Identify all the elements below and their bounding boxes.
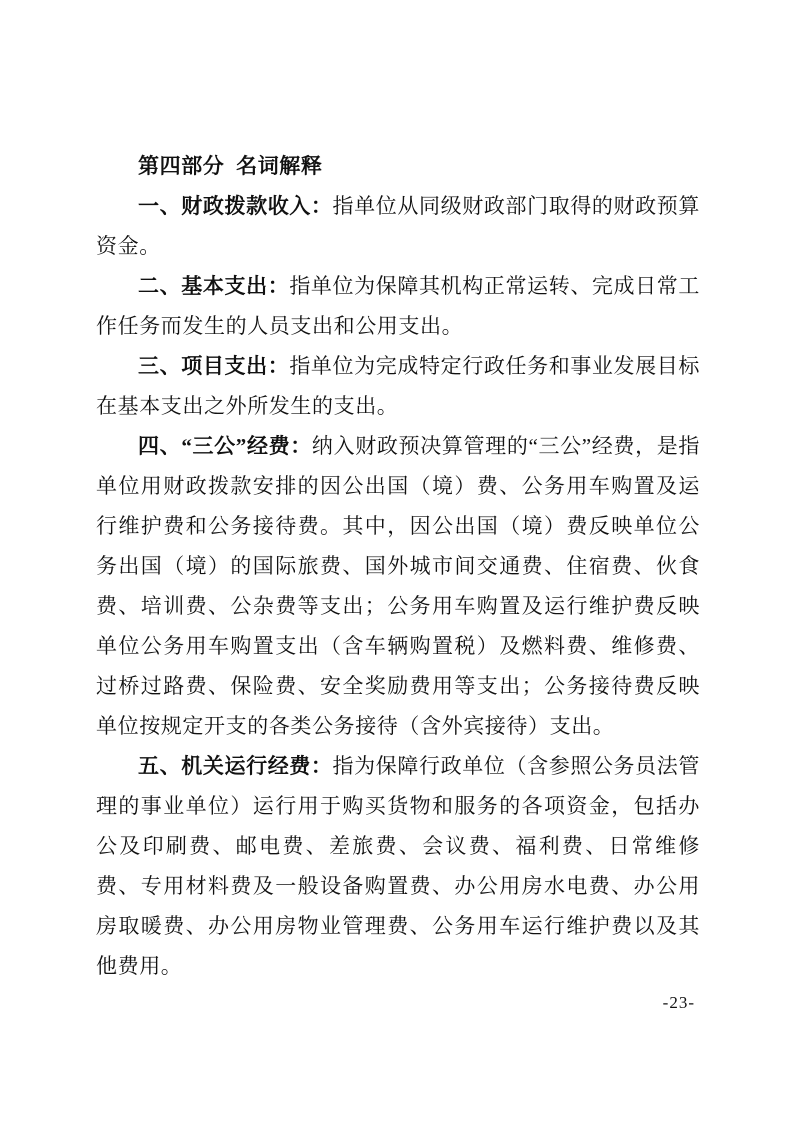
definition-paragraph-3: 三、项目支出：指单位为完成特定行政任务和事业发展目标在基本支出之外所发生的支出。 xyxy=(96,346,700,426)
section-title: 第四部分 名词解释 xyxy=(96,146,700,186)
term-label: 二、基本支出： xyxy=(138,274,289,298)
definition-paragraph-5: 五、机关运行经费：指为保障行政单位（含参照公务员法管理的事业单位）运行用于购买货… xyxy=(96,746,700,986)
term-label: 五、机关运行经费： xyxy=(138,754,333,778)
definition-paragraph-4: 四、“三公”经费：纳入财政预决算管理的“三公”经费，是指单位用财政拨款安排的因公… xyxy=(96,426,700,746)
definition-paragraph-1: 一、财政拨款收入：指单位从同级财政部门取得的财政预算资金。 xyxy=(96,186,700,266)
term-label: 四、“三公”经费： xyxy=(138,434,312,458)
definition-paragraph-2: 二、基本支出：指单位为保障其机构正常运转、完成日常工作任务而发生的人员支出和公用… xyxy=(96,266,700,346)
document-content: 第四部分 名词解释 一、财政拨款收入：指单位从同级财政部门取得的财政预算资金。 … xyxy=(96,146,700,986)
term-label: 一、财政拨款收入： xyxy=(138,194,333,218)
term-definition: 指为保障行政单位（含参照公务员法管理的事业单位）运行用于购买货物和服务的各项资金… xyxy=(96,754,700,978)
term-label: 三、项目支出： xyxy=(138,354,289,378)
document-page: 第四部分 名词解释 一、财政拨款收入：指单位从同级财政部门取得的财政预算资金。 … xyxy=(0,0,794,1122)
page-number: -23- xyxy=(663,992,695,1014)
term-definition: 纳入财政预决算管理的“三公”经费，是指单位用财政拨款安排的因公出国（境）费、公务… xyxy=(96,434,700,738)
